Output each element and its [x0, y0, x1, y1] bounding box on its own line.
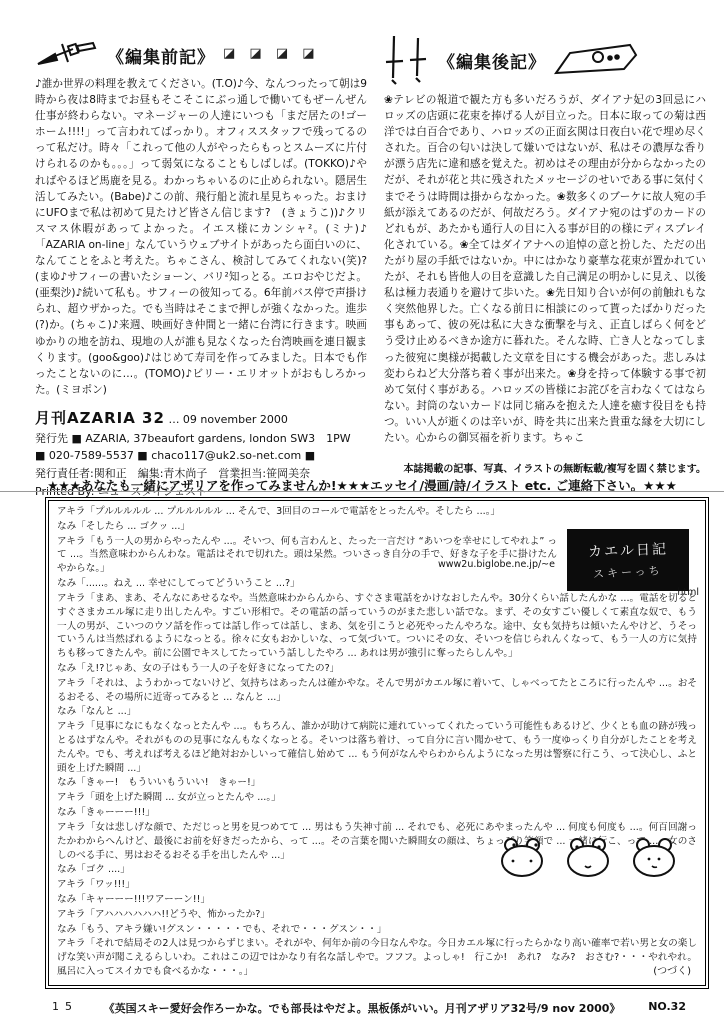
- column-title: カエル日記: [588, 539, 669, 562]
- dialogue-line: なみ「きゃーーー!!!」: [57, 806, 697, 820]
- pen-crosses-doodle-icon: [384, 34, 430, 86]
- notice-banner: 本誌掲載の記事、写真、イラストの無断転載/複写を固く禁じます。 ★★★あなたも一…: [0, 460, 724, 494]
- dialogue-line: アキラ「見事になにもなくなっとたんや ...。もちろん、誰かが助けて病院に連れて…: [57, 720, 697, 775]
- dagger-doodle-icon: [35, 40, 99, 70]
- dialogue-line: アキラ「プルルルルル ... プルルルルル ... そんで、3回目のコールで電話…: [57, 505, 557, 519]
- dialogue-line: アキラ「それは、ようわかってないけど、気持ちはあったんは確かやな。そんで男がカエ…: [57, 677, 697, 705]
- frog-face-icon: [631, 837, 677, 879]
- dialogue-line: なみ「なんと ...」: [57, 705, 697, 719]
- masthead-date: … 09 november 2000: [168, 413, 287, 426]
- masthead-title: 月刊AZARIA 32: [35, 409, 165, 427]
- frog-diary-box: www2u.biglobe.ne.jp/~e html カエル日記 スキーっち …: [45, 497, 709, 989]
- zine-page: 《編集前記》 ◪ ◪ ◪ ◪ ♪誰か世界の料理を教えてください。(T.O)♪今、…: [0, 0, 724, 1024]
- editors-afterword-column: 《編集後記》 ❀テレビの報道で観た方も多いだろうが、ダイアナ妃の3回忌にハロッズ…: [384, 34, 706, 446]
- website-url-left: www2u.biglobe.ne.jp/~e: [438, 559, 555, 570]
- dialogue-line: アキラ「アハハハハハハ!!どうや、怖かったか?」: [57, 908, 697, 922]
- copyright-notice: 本誌掲載の記事、写真、イラストの無断転載/複写を固く禁じます。: [0, 460, 724, 475]
- editors-foreword-column: 《編集前記》 ◪ ◪ ◪ ◪ ♪誰か世界の料理を教えてください。(T.O)♪今、…: [35, 40, 367, 500]
- afterword-title: 《編集後記》: [438, 48, 546, 73]
- frog-face-icon: [565, 837, 611, 879]
- website-url-right: html: [677, 587, 699, 598]
- foreword-title: 《編集前記》: [107, 43, 215, 68]
- dialogue-line: なみ「そしたら ... ゴクッ ...」: [57, 520, 557, 534]
- dialogue-line: なみ「きゃー! もういいもういい! きゃー!」: [57, 776, 697, 790]
- dialogue-line: なみ「......。ねえ ... 幸せにしてってどういうこと ...?」: [57, 577, 557, 591]
- issue-number: NO.32: [648, 1000, 686, 1013]
- dialogue-line: なみ「キャーーー!!!ワアーーン!!」: [57, 893, 697, 907]
- boat-knife-doodle-icon: [554, 43, 638, 77]
- frog-face-icon: [499, 837, 545, 879]
- frog-diary-inner: www2u.biglobe.ne.jp/~e html カエル日記 スキーっち …: [48, 500, 706, 986]
- dialogue-line: アキラ「それで結局その2人は見つからずじまい。それがや、何年か前の今日なんやな。…: [57, 937, 697, 978]
- dialogue-line: アキラ「まあ、まあ、そんなにあせるなや。当然意味わからんから、すぐさま電話をかけ…: [57, 592, 697, 661]
- afterword-header: 《編集後記》: [384, 34, 706, 86]
- foreword-header: 《編集前記》 ◪ ◪ ◪ ◪: [35, 40, 367, 70]
- divider-rule: [0, 491, 724, 492]
- dialogue-line: なみ「もう、アキラ嫌い!グスン・・・・・でも、それで・・・グスン・・」: [57, 923, 697, 937]
- dialogue-line: なみ「え!?じゃあ、女の子はもう一人の子を好きになってたの?」: [57, 662, 697, 676]
- to-be-continued: (つづく): [653, 962, 691, 977]
- column-subtitle: スキーっち: [593, 562, 663, 582]
- footer-caption: 《英国スキー愛好会作ろーかな。でも部長はやだよ。黒板係がいい。月刊アザリア32号…: [0, 1000, 724, 1016]
- dialogue-line: アキラ「頭を上げた瞬間 ... 女が立っとたんや ...。」: [57, 791, 697, 805]
- foreword-body: ♪誰か世界の料理を教えてください。(T.O)♪今、なんつったって朝は9時から夜は…: [35, 76, 367, 398]
- publisher-address: 発行先 ■ AZARIA, 37beaufort gardens, london…: [35, 430, 367, 448]
- mini-page-icons: ◪ ◪ ◪ ◪: [223, 46, 320, 61]
- dialogue-line: アキラ「ワッ!!!」: [57, 878, 697, 892]
- frog-doodles: [499, 837, 677, 879]
- afterword-body: ❀テレビの報道で観た方も多いだろうが、ダイアナ妃の3回忌にハロッズの店頭に花束を…: [384, 92, 706, 446]
- column-title-plate: カエル日記 スキーっち: [567, 529, 689, 591]
